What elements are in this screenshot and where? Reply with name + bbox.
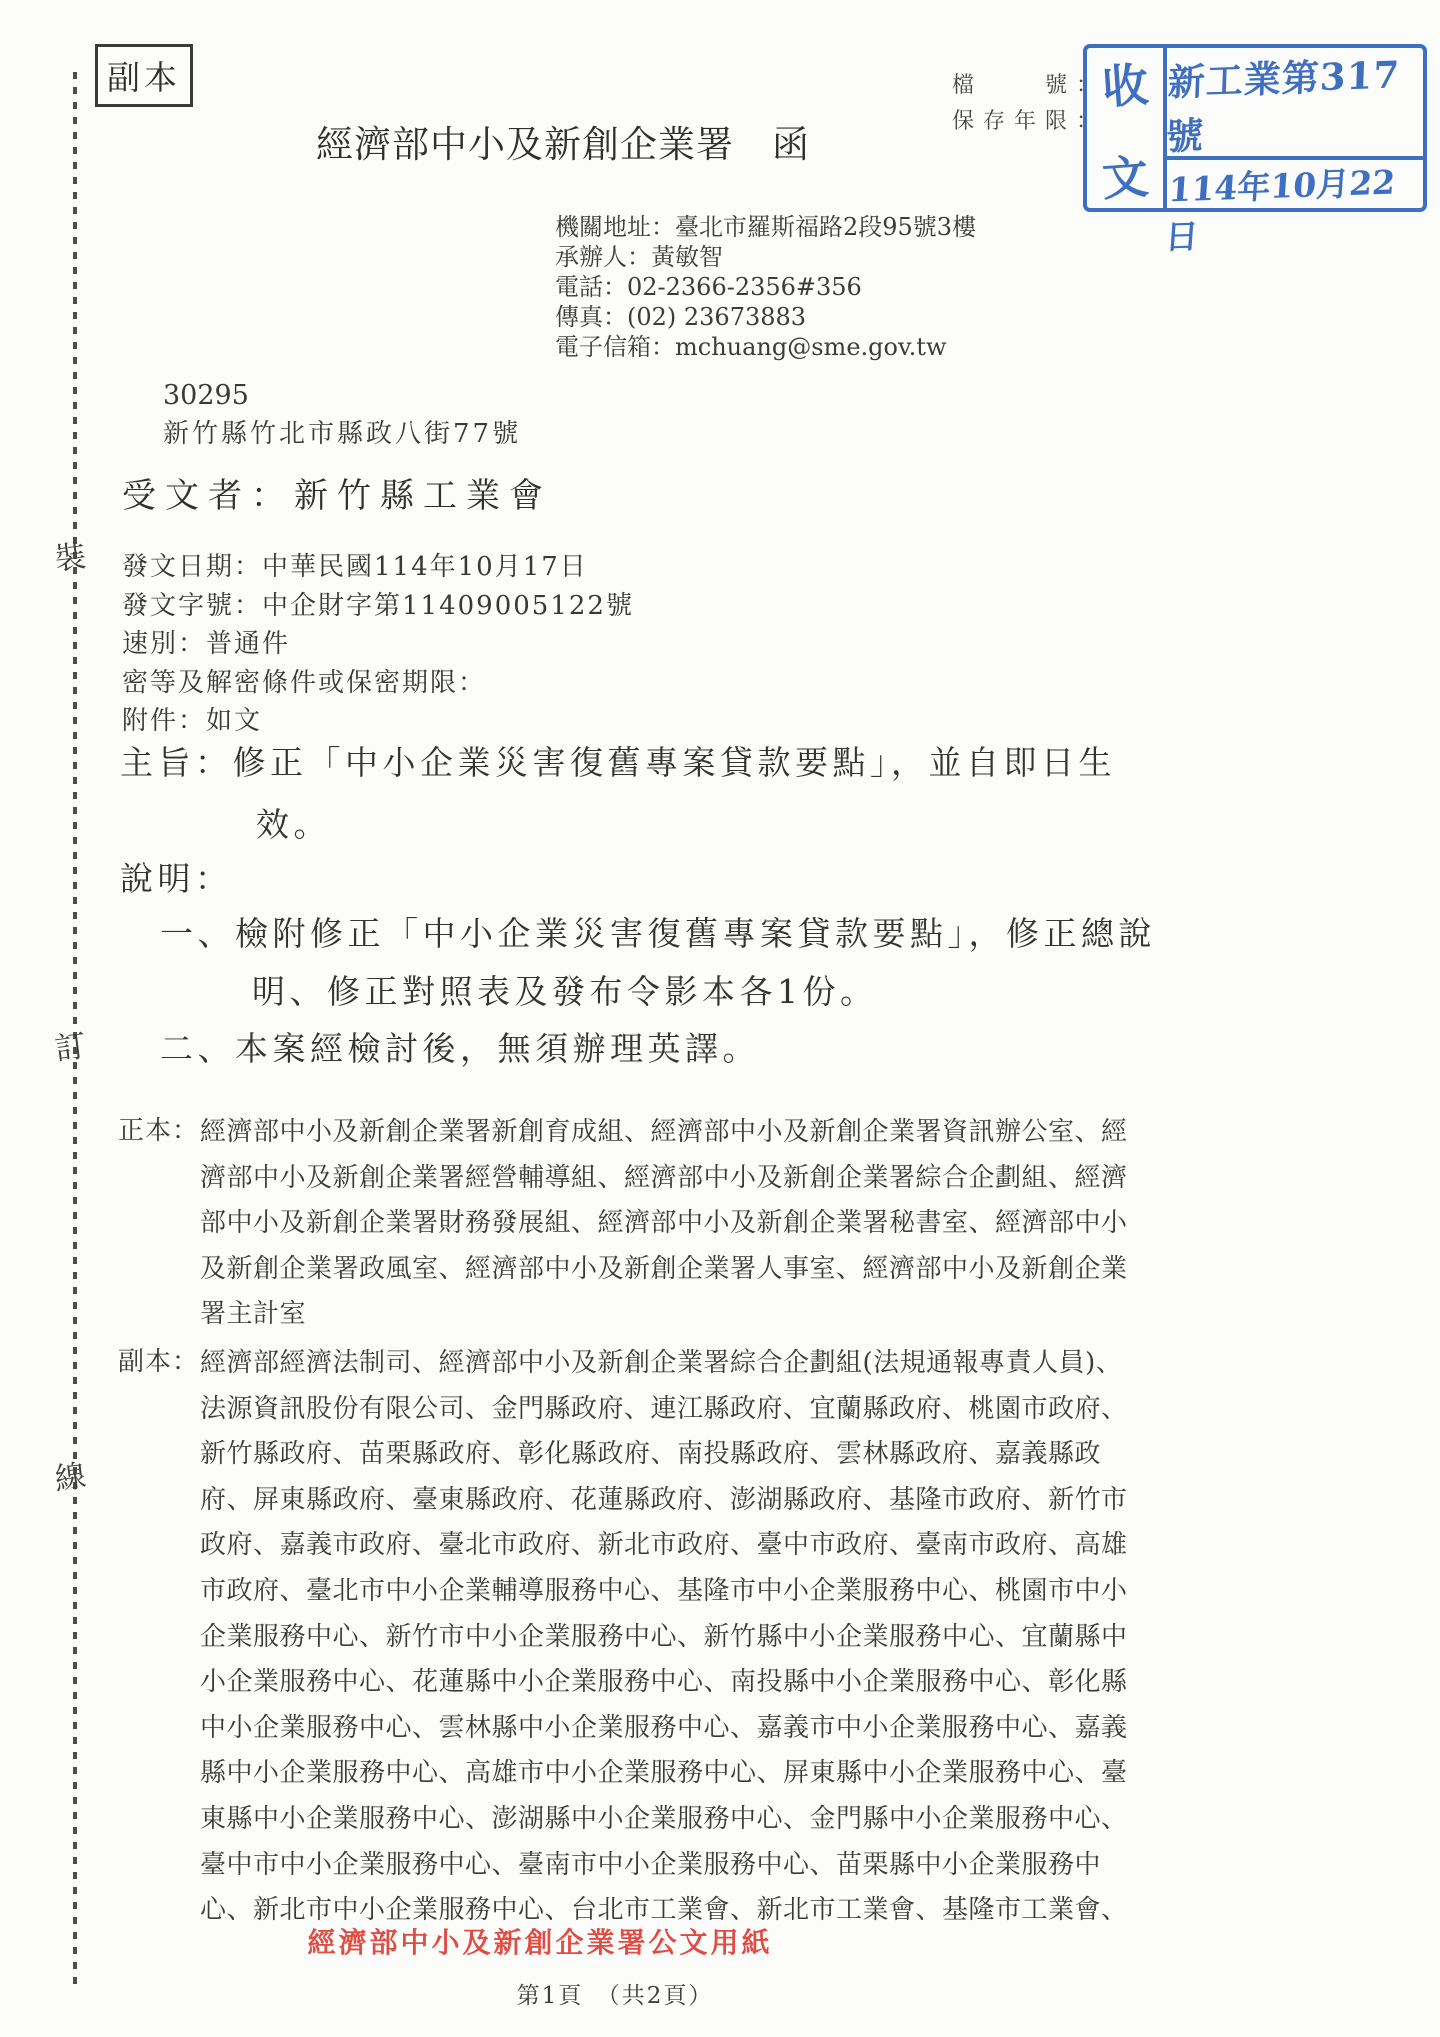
explanation-item1-line2: 明、修正對照表及發布令影本各1份。 xyxy=(252,966,878,1013)
agency-email: 電子信箱：mchuang@sme.gov.tw xyxy=(555,332,976,362)
receipt-stamp-date-row: 114年10月22日 xyxy=(1167,160,1423,254)
document-title: 經濟部中小及新創企業署 函 xyxy=(316,114,810,168)
binding-char-xian: 線 xyxy=(47,1450,92,1500)
original-to-list: 經濟部中小及新創企業署新創育成組、經濟部中小及新創企業署資訊辦公室、經 濟部中小… xyxy=(200,1110,1128,1338)
receipt-stamp-date: 114年10月22日 xyxy=(1164,155,1426,258)
explanation-item2: 二、本案經檢討後，無須辦理英譯。 xyxy=(160,1023,760,1070)
receipt-stamp-fields: 新工業第317號 114年10月22日 xyxy=(1167,48,1423,208)
agency-phone: 電話：02-2366-2356#356 xyxy=(555,272,976,302)
subject-line-1: 主旨：修正「中小企業災害復舊專案貸款要點」，並自即日生 xyxy=(120,737,1116,784)
issue-number: 發文字號：中企財字第11409005122號 xyxy=(122,587,634,626)
original-to-line: 濟部中小及新創企業署經營輔導組、經濟部中小及新創企業署綜合企劃組、經濟 xyxy=(200,1156,1128,1202)
subject-line-2: 效。 xyxy=(256,799,331,846)
original-to-label: 正本： xyxy=(118,1110,199,1147)
recipient-line: 受文者：新竹縣工業會 xyxy=(122,468,552,517)
copy-to-line: 企業服務中心、新竹市中小企業服務中心、新竹縣中小企業服務中心、宜蘭縣中 xyxy=(200,1615,1128,1661)
copy-to-line: 政府、嘉義市政府、臺北市政府、新北市政府、臺中市政府、臺南市政府、高雄 xyxy=(200,1523,1128,1569)
official-paper-footer: 經濟部中小及新創企業署公文用紙 xyxy=(0,1921,1080,1961)
secrecy-class: 密等及解密條件或保密期限： xyxy=(122,664,634,703)
copy-to-line: 新竹縣政府、苗栗縣政府、彰化縣政府、南投縣政府、雲林縣政府、嘉義縣政 xyxy=(200,1432,1128,1478)
binding-char-zhuang: 裝 xyxy=(47,530,92,580)
copy-to-line: 縣中小企業服務中心、高雄市中小企業服務中心、屏東縣中小企業服務中心、臺 xyxy=(200,1751,1128,1797)
copy-label-box: 副本 xyxy=(95,44,193,107)
copy-to-line: 小企業服務中心、花蓮縣中小企業服務中心、南投縣中小企業服務中心、彰化縣 xyxy=(200,1660,1128,1706)
agency-fax: 傳真：(02) 23673883 xyxy=(555,302,976,332)
agency-contact-person: 承辦人：黃敏智 xyxy=(555,242,976,272)
copy-to-label: 副本： xyxy=(118,1341,199,1378)
binding-char-ding: 訂 xyxy=(47,1020,92,1070)
original-to-line: 署主計室 xyxy=(200,1292,1128,1338)
receipt-stamp-vertical-label: 收 文 xyxy=(1087,48,1167,208)
document-page: 裝 訂 線 副本 經濟部中小及新創企業署 函 檔 號： 保存年限： 收 文 新工… xyxy=(0,0,1440,2037)
explanation-item1-line1: 一、檢附修正「中小企業災害復舊專案貸款要點」，修正總說 xyxy=(160,908,1156,955)
original-to-line: 及新創企業署政風室、經濟部中小及新創企業署人事室、經濟部中小及新創企業 xyxy=(200,1247,1128,1293)
explanation-label: 說明： xyxy=(120,853,233,900)
copy-to-line: 東縣中小企業服務中心、澎湖縣中小企業服務中心、金門縣中小企業服務中心、 xyxy=(200,1797,1128,1843)
copy-to-line: 臺中市中小企業服務中心、臺南市中小企業服務中心、苗栗縣中小企業服務中 xyxy=(200,1843,1128,1889)
document-meta-block: 發文日期：中華民國114年10月17日 發文字號：中企財字第1140900512… xyxy=(122,548,634,741)
recipient-address: 新竹縣竹北市縣政八街77號 xyxy=(163,413,521,450)
receipt-stamp-number-row: 新工業第317號 xyxy=(1167,48,1423,160)
copy-to-list: 經濟部經濟法制司、經濟部中小及新創企業署綜合企劃組(法規通報專責人員)、 法源資… xyxy=(200,1341,1128,1934)
agency-contact-block: 機關地址：臺北市羅斯福路2段95號3樓 承辦人：黃敏智 電話：02-2366-2… xyxy=(555,212,976,362)
copy-to-line: 市政府、臺北市中小企業輔導服務中心、基隆市中小企業服務中心、桃園市中小 xyxy=(200,1569,1128,1615)
stamp-char-wen: 文 xyxy=(1100,140,1150,209)
speed-class: 速別：普通件 xyxy=(122,625,634,664)
copy-to-line: 府、屏東縣政府、臺東縣政府、花蓮縣政府、澎湖縣政府、基隆市政府、新竹市 xyxy=(200,1478,1128,1524)
receipt-stamp-number: 新工業第317號 xyxy=(1165,43,1425,160)
copy-to-line: 經濟部經濟法制司、經濟部中小及新創企業署綜合企劃組(法規通報專責人員)、 xyxy=(200,1341,1128,1387)
copy-to-line: 法源資訊股份有限公司、金門縣政府、連江縣政府、宜蘭縣政府、桃園市政府、 xyxy=(200,1387,1128,1433)
attachment-note: 附件：如文 xyxy=(122,702,634,741)
agency-address: 機關地址：臺北市羅斯福路2段95號3樓 xyxy=(555,212,976,242)
original-to-line: 部中小及新創企業署財務發展組、經濟部中小及新創企業署秘書室、經濟部中小 xyxy=(200,1201,1128,1247)
issue-date: 發文日期：中華民國114年10月17日 xyxy=(122,548,634,587)
page-number: 第1頁 （共2頁） xyxy=(0,1977,1230,2010)
recipient-zip: 30295 xyxy=(163,380,249,411)
receipt-stamp: 收 文 新工業第317號 114年10月22日 xyxy=(1083,44,1427,212)
copy-to-line: 中小企業服務中心、雲林縣中小企業服務中心、嘉義市中小企業服務中心、嘉義 xyxy=(200,1706,1128,1752)
original-to-line: 經濟部中小及新創企業署新創育成組、經濟部中小及新創企業署資訊辦公室、經 xyxy=(200,1110,1128,1156)
stamp-char-shou: 收 xyxy=(1100,48,1150,117)
